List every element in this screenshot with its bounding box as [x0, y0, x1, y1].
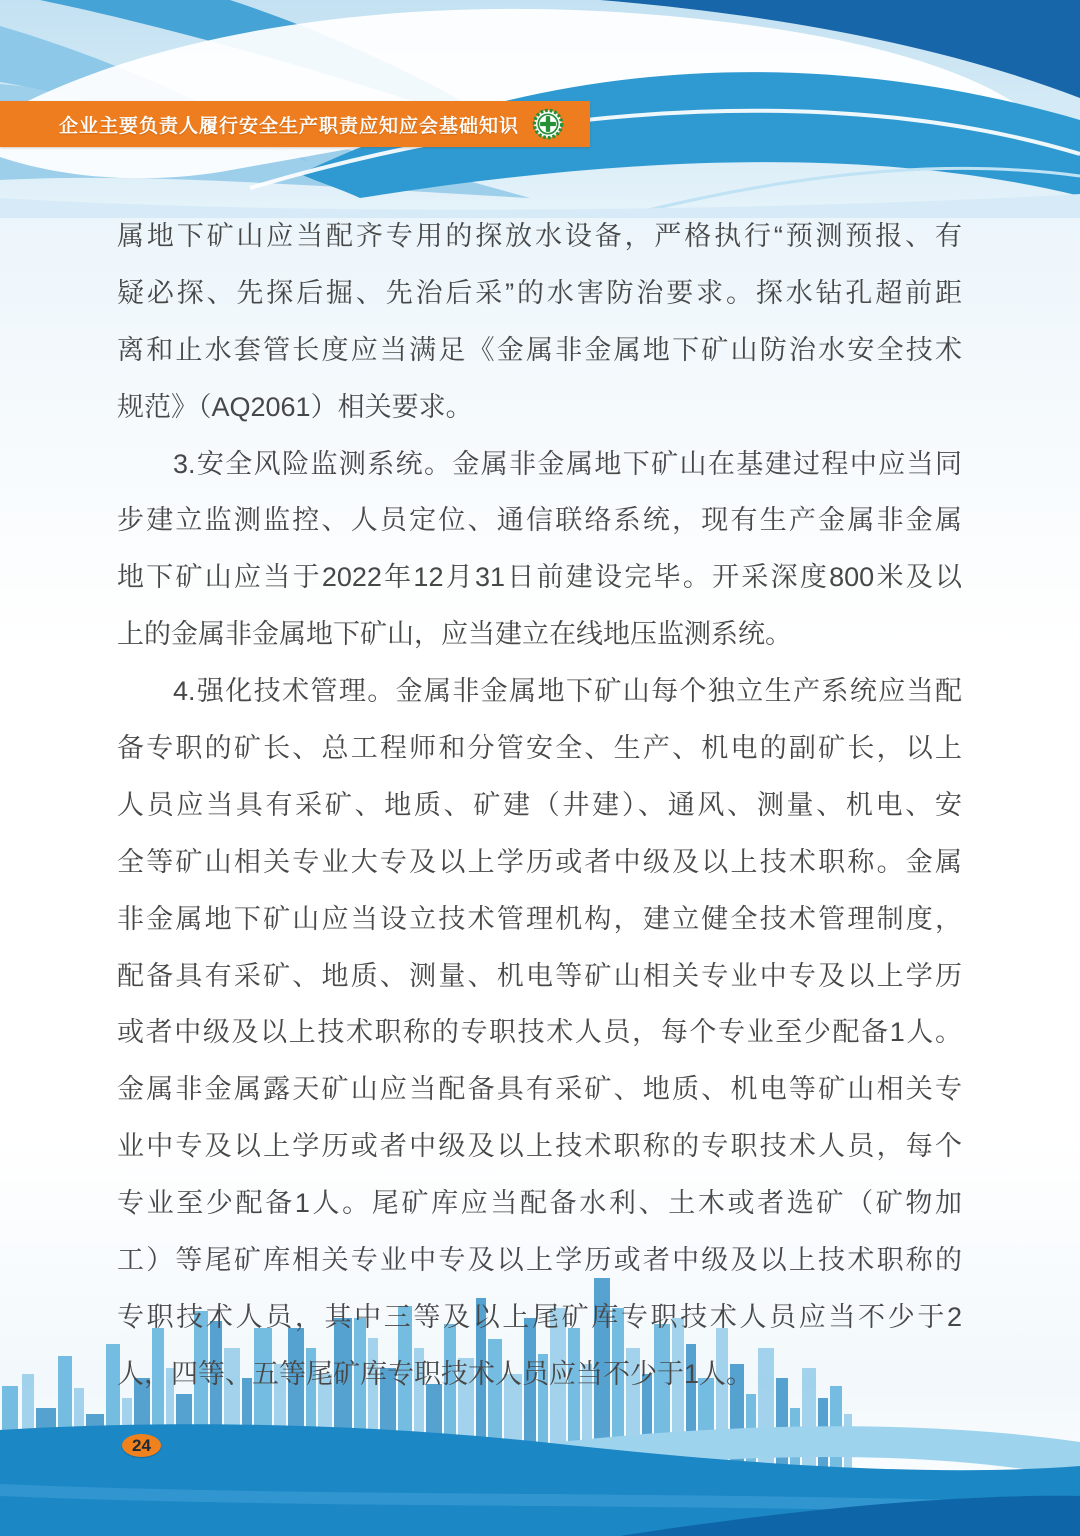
text-line: 步建立监测监控、人员定位、通信联络系统，现有生产金属非金属: [117, 492, 962, 549]
text-line: 人员应当具有采矿、地质、矿建（井建）、通风、测量、机电、安: [117, 777, 962, 834]
text-line: 离和止水套管长度应当满足《金属非金属地下矿山防治水安全技术: [117, 322, 962, 379]
text-line: 人，四等、五等尾矿库专职技术人员应当不少于1人。: [117, 1346, 962, 1403]
text-line: 地下矿山应当于2022年12月31日前建设完毕。开采深度800米及以: [117, 549, 962, 606]
banner-title: 企业主要负责人履行安全生产职责应知应会基础知识: [59, 111, 519, 138]
text-line: 或者中级及以上技术职称的专职技术人员，每个专业至少配备1人。: [117, 1004, 962, 1061]
page-number-badge: 24: [122, 1434, 161, 1457]
safety-emblem-icon: [532, 108, 564, 140]
text-line: 规范》（AQ2061）相关要求。: [117, 379, 962, 436]
text-line: 业中专及以上学历或者中级及以上技术职称的专职技术人员，每个: [117, 1118, 962, 1175]
text-line: 工）等尾矿库相关专业中专及以上学历或者中级及以上技术职称的: [117, 1232, 962, 1289]
header-banner: 企业主要负责人履行安全生产职责应知应会基础知识: [0, 101, 590, 147]
text-line: 3.安全风险监测系统。金属非金属地下矿山在基建过程中应当同: [117, 436, 962, 493]
page-number: 24: [132, 1437, 151, 1454]
document-page: 企业主要负责人履行安全生产职责应知应会基础知识 属地下矿山应当配齐专用的探放水设…: [0, 0, 1080, 1536]
text-line: 非金属地下矿山应当设立技术管理机构，建立健全技术管理制度，: [117, 891, 962, 948]
text-line: 属地下矿山应当配齐专用的探放水设备，严格执行“预测预报、有: [117, 208, 962, 265]
text-line: 配备具有采矿、地质、测量、机电等矿山相关专业中专及以上学历: [117, 948, 962, 1005]
text-line: 专职技术人员，其中三等及以上尾矿库专职技术人员应当不少于2: [117, 1289, 962, 1346]
document-body: 属地下矿山应当配齐专用的探放水设备，严格执行“预测预报、有 疑必探、先探后掘、先…: [117, 208, 962, 1403]
text-line: 4.强化技术管理。金属非金属地下矿山每个独立生产系统应当配: [117, 663, 962, 720]
text-line: 备专职的矿长、总工程师和分管安全、生产、机电的副矿长，以上: [117, 720, 962, 777]
text-line: 金属非金属露天矿山应当配备具有采矿、地质、机电等矿山相关专: [117, 1061, 962, 1118]
text-line: 上的金属非金属地下矿山，应当建立在线地压监测系统。: [117, 606, 962, 663]
text-line: 全等矿山相关专业大专及以上学历或者中级及以上技术职称。金属: [117, 834, 962, 891]
text-line: 专业至少配备1人。尾矿库应当配备水利、土木或者选矿（矿物加: [117, 1175, 962, 1232]
text-line: 疑必探、先探后掘、先治后采”的水害防治要求。探水钻孔超前距: [117, 265, 962, 322]
